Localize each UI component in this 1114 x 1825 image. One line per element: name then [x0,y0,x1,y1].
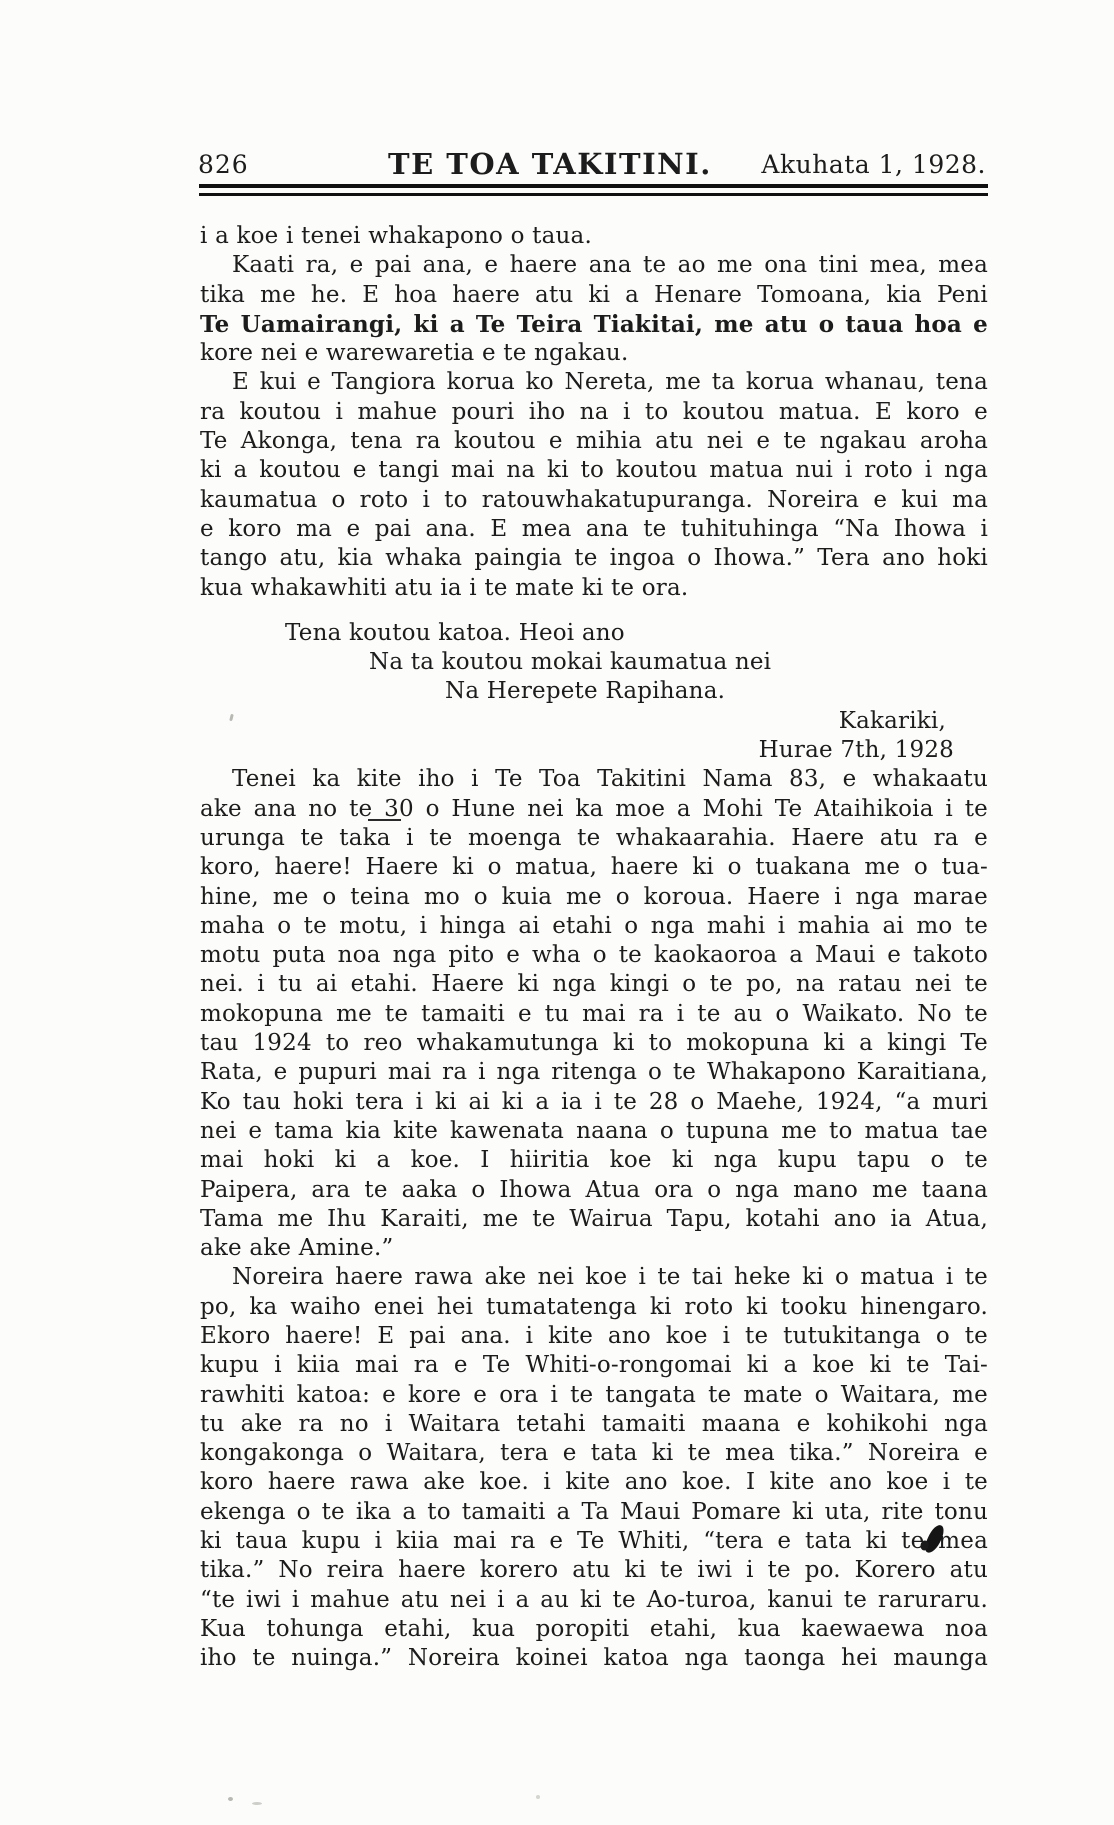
text-line: e koro ma e pai ana. E mea ana te tuhitu… [200,515,988,544]
scan-speck [536,1795,540,1799]
text-line: Na ta koutou mokai kaumatua nei [200,648,988,677]
text-line: Te Akonga, tena ra koutou e mihia atu ne… [200,427,988,456]
text-line: tango atu, kia whaka paingia te ingoa o … [200,544,988,573]
text-line: tu ake ra no i Waitara tetahi tamaiti ma… [200,1410,988,1439]
page-header: 826 TE TOA TAKITINI. Akuhata 1, 1928. [0,150,1114,184]
text-line: Paipera, ara te aaka o Ihowa Atua ora o … [200,1176,988,1205]
text-body: i a koe i tenei whakapono o taua.Kaati r… [200,222,988,1674]
text-line: i a koe i tenei whakapono o taua. [200,222,988,251]
scanned-page: 826 TE TOA TAKITINI. Akuhata 1, 1928. i … [0,0,1114,1825]
text-line: Ekoro haere! E pai ana. i kite ano koe i… [200,1322,988,1351]
text-line: “te iwi i mahue atu nei i a au ki te Ao-… [200,1586,988,1615]
header-rule-thick [199,184,988,188]
text-line: iho te nuinga.” Noreira koinei katoa nga… [200,1644,988,1673]
text-line: Tenei ka kite iho i Te Toa Takitini Nama… [200,765,988,794]
header-rule-thin [199,193,988,196]
text-line: Noreira haere rawa ake nei koe i te tai … [200,1263,988,1292]
text-line: kongakonga o Waitara, tera e tata ki te … [200,1439,988,1468]
text-line: Rata, e pupuri mai ra i nga ritenga o te… [200,1058,988,1087]
text-line: E kui e Tangiora korua ko Nereta, me ta … [200,368,988,397]
text-line: tau 1924 to reo whakamutunga ki to mokop… [200,1029,988,1058]
text-line: po, ka waiho enei hei tumatatenga ki rot… [200,1293,988,1322]
text-line: Te Uamairangi, ki a Te Teira Tiakitai, m… [200,310,988,339]
text-line: Hurae 7th, 1928 [200,736,988,765]
text-line: kupu i kiia mai ra e Te Whiti-o-rongomai… [200,1351,988,1380]
text-line: Tena koutou katoa. Heoi ano [200,619,988,648]
text-line: nei e tama kia kite kawenata naana o tup… [200,1117,988,1146]
text-line: Ko tau hoki tera i ki ai ki a ia i te 28… [200,1088,988,1117]
masthead-title: TE TOA TAKITINI. [388,147,712,181]
text-line: motu puta noa nga pito e wha o te kaokao… [200,941,988,970]
scan-speck [252,1802,262,1805]
text-line: Na Herepete Rapihana. [200,677,988,706]
text-line: tika.” No reira haere korero atu ki te i… [200,1556,988,1585]
issue-date: Akuhata 1, 1928. [761,150,986,179]
text-line: kaumatua o roto i to ratouwhakatupuranga… [200,486,988,515]
text-line: Kakariki, [200,707,988,736]
text-line: ekenga o te ika a to tamaiti a Ta Maui P… [200,1498,988,1527]
text-line: maha o te motu, i hinga ai etahi o nga m… [200,912,988,941]
text-line: ki a koutou e tangi mai na ki to koutou … [200,456,988,485]
scan-speck [228,1797,233,1801]
text-line: kua whakawhiti atu ia i te mate ki te or… [200,574,988,603]
text-line: rawhiti katoa: e kore e ora i te tangata… [200,1381,988,1410]
text-line: Kaati ra, e pai ana, e haere ana te ao m… [200,251,988,280]
text-line: ake ake Amine.” [200,1234,988,1263]
text-line: Tama me Ihu Karaiti, me te Wairua Tapu, … [200,1205,988,1234]
text-line: kore nei e warewaretia e te ngakau. [200,339,988,368]
text-line: hine, me o teina mo o kuia me o koroua. … [200,883,988,912]
text-line: ake ana no te 30 o Hune nei ka moe a Moh… [200,795,988,824]
text-line: nei. i tu ai etahi. Haere ki nga kingi o… [200,970,988,999]
text-line: mokopuna me te tamaiti e tu mai ra i te … [200,1000,988,1029]
text-line: koro haere rawa ake koe. i kite ano koe.… [200,1468,988,1497]
text-line: ki taua kupu i kiia mai ra e Te Whiti, “… [200,1527,988,1556]
numeral-30-underline [368,819,401,821]
text-line: tika me he. E hoa haere atu ki a Henare … [200,281,988,310]
text-line: ra koutou i mahue pouri iho na i to kout… [200,398,988,427]
text-line: Kua tohunga etahi, kua poropiti etahi, k… [200,1615,988,1644]
text-line: urunga te taka i te moenga te whakaarahi… [200,824,988,853]
page-number: 826 [198,150,249,179]
text-line: koro, haere! Haere ki o matua, haere ki … [200,853,988,882]
text-line: mai hoki ki a koe. I hiiritia koe ki nga… [200,1146,988,1175]
